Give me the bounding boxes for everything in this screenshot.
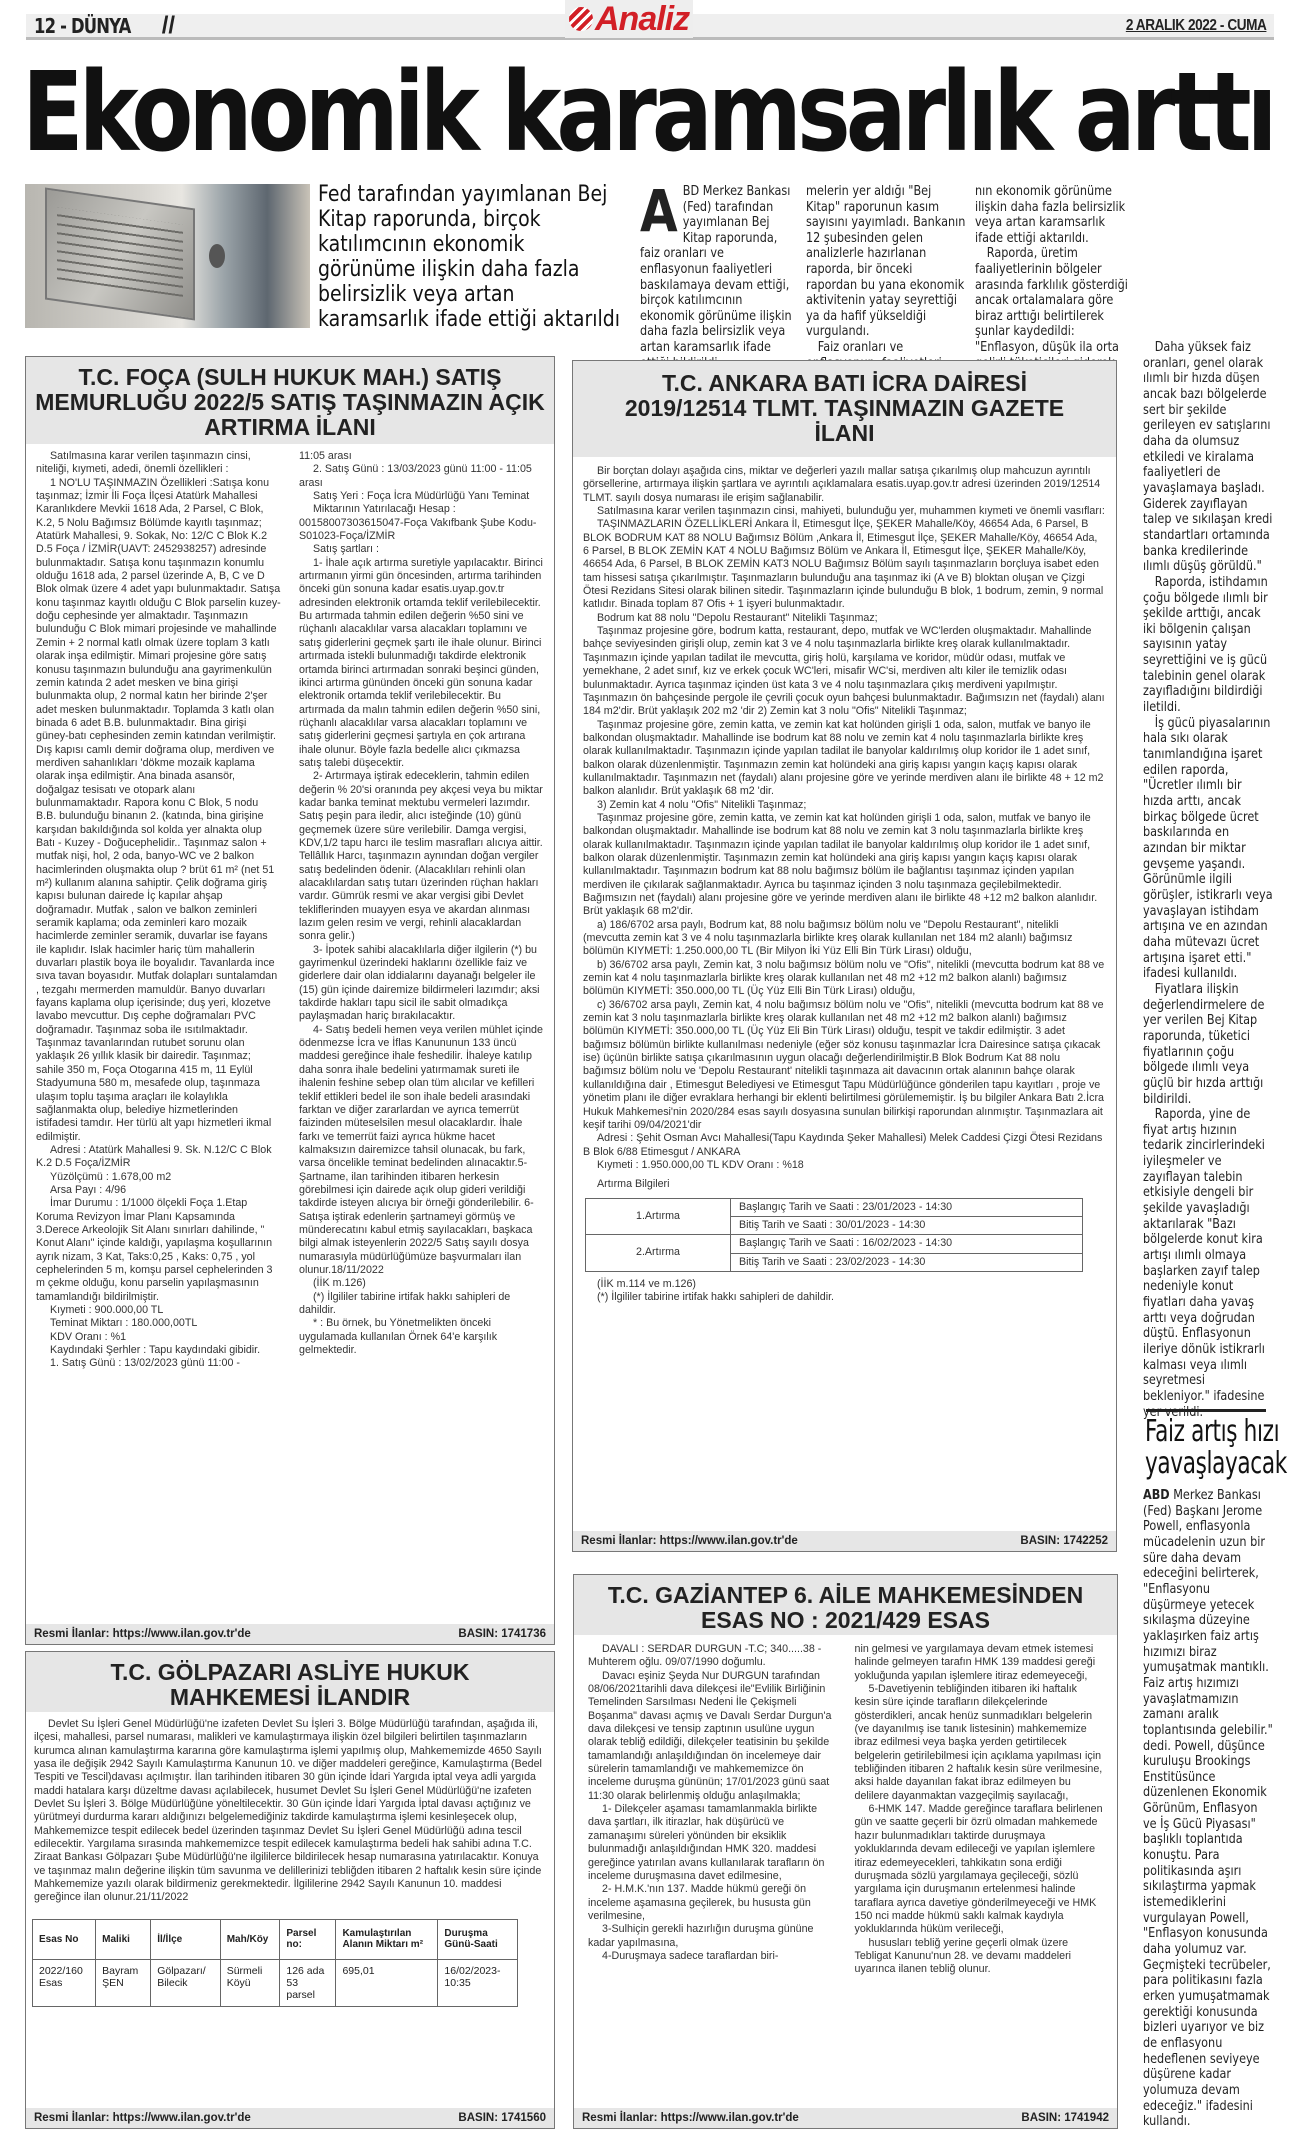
notice-paragraph: Kıymeti : 1.950.000,00 TL KDV Oranı : %1… [583,1159,1106,1172]
official-notices-link[interactable]: Resmi İlanlar: https://www.ilan.gov.tr'd… [34,1628,251,1640]
notice-paragraph: a) 186/6702 arsa paylı, Bodrum kat, 88 n… [583,919,1106,959]
main-headline: Ekonomik karamsarlık arttı [22,52,1055,172]
notice-paragraph: 11:05 arası [299,450,544,463]
auction-name: 2.Artırma [586,1235,731,1272]
logo-text: Analiz [595,0,689,39]
notice-paragraph: Satılmasına karar verilen taşınmazın cin… [583,505,1106,518]
section-divider [1146,1409,1266,1412]
notice-col-2: 11:05 arası 2. Satış Günü : 13/03/2023 g… [299,450,544,1371]
table-row: 1.Artırma Başlangıç Tarih ve Saati : 23/… [586,1198,1083,1216]
auction-label: Artırma Bilgileri [583,1178,1106,1191]
article-paragraph: nın ekonomik görünüme ilişkin daha fazla… [975,184,1135,246]
article-photo [25,184,310,328]
table-cell: 16/02/2023-10:35 [438,1959,518,2006]
issue-date: 2 ARALIK 2022 - CUMA [1125,17,1266,35]
article-deck: Fed tarafından yayımlanan Bej Kitap rapo… [318,182,623,332]
notice-paragraph: Kıymeti : 900.000,00 TL [36,1304,281,1317]
notice-paragraph: 1. Satış Günü : 13/02/2023 günü 11:00 - [36,1357,281,1370]
notice-paragraph: 3-Sulhiçin gerekli hazırlığın duruşma gü… [588,1923,837,1950]
sidebar-paragraph: İş gücü piyasalarının hala sıkı olarak t… [1143,716,1273,982]
lead-word: ABD [1143,1488,1170,1503]
article-sidebar: Daha yüksek faiz oranları, genel olarak … [1143,340,1273,1420]
press-number: BASIN: 1742252 [1020,1535,1108,1547]
notice-gaziantep: T.C. GAZİANTEP 6. AİLE MAHKEMESİNDEN ESA… [573,1574,1118,2129]
official-notices-link[interactable]: Resmi İlanlar: https://www.ilan.gov.tr'd… [582,2112,799,2124]
subhead: Faiz artış hızı yavaşlayacak [1145,1416,1282,1480]
notice-paragraph: İmar Durumu : 1/1000 ölçekli Foça 1.Etap… [36,1197,281,1304]
column-header: İl/İlçe [151,1919,220,1959]
logo-icon [569,7,593,31]
notice-footer: Resmi İlanlar: https://www.ilan.gov.tr'd… [26,2108,554,2128]
notice-paragraph: Bir borçtan dolayı aşağıda cins, miktar … [583,465,1106,505]
notice-paragraph: Adresi : Atatürk Mahallesi 9. Sk. N.12/C… [36,1144,281,1171]
table-cell: Sürmeli Köyü [220,1959,280,2006]
notice-paragraph: Kaydındaki Şerhler : Tapu kaydındaki gib… [36,1344,281,1357]
table-cell: Gölpazarı/ Bilecik [151,1959,220,2006]
notice-paragraph: 2. Satış Günü : 13/03/2023 günü 11:00 - … [299,463,544,490]
notice-paragraph: c) 36/6702 arsa paylı, Zemin kat, 4 nolu… [583,999,1106,1132]
notice-title: T.C. FOÇA (SULH HUKUK MAH.) SATIŞ MEMURL… [26,357,554,444]
press-number: BASIN: 1741560 [458,2112,546,2124]
notice-paragraph: 1- İhale açık artırma suretiyle yapılaca… [299,557,544,771]
notice-paragraph: Bodrum kat 88 nolu "Depolu Restaurant" N… [583,612,1106,625]
notice-title: T.C. GÖLPAZARI ASLİYE HUKUK MAHKEMESİ İL… [26,1652,554,1712]
notice-paragraph: DAVALI : SERDAR DURGUN -T.C; 340.....38 … [588,1643,837,1670]
notice-body: Satılmasına karar verilen taşınmazın cin… [26,444,554,1377]
notice-paragraph: 6-HMK 147. Madde gereğince taraflara bel… [855,1803,1104,1936]
plaque-image [45,187,195,320]
notice-paragraph: Adresi : Şehit Osman Avcı Mahallesi(Tapu… [583,1132,1106,1159]
notice-footer: Resmi İlanlar: https://www.ilan.gov.tr'd… [574,2108,1117,2128]
auction-table: 1.Artırma Başlangıç Tarih ve Saati : 23/… [585,1198,1083,1272]
column-header: Mah/Köy [220,1919,280,1959]
notice-paragraph: TAŞINMAZLARIN ÖZELLİKLERİ Ankara İl, Eti… [583,518,1106,611]
notice-note: (*) İlgililer tabirine irtifak hakkı sah… [583,1291,1106,1304]
notice-paragraph: 2- H.M.K.'nın 137. Madde hükmü gereği ön… [588,1883,837,1923]
subarticle-text: Merkez Bankası (Fed) Başkanı Jerome Powe… [1143,1488,1273,2129]
notice-paragraph: Taşınmaz projesine göre, zemin katta, ve… [583,812,1106,919]
expropriation-table: Esas No Maliki İl/İlçe Mah/Köy Parsel no… [32,1919,518,2007]
notice-paragraph: Teminat Miktarı : 180.000,00TL [36,1317,281,1330]
table-cell: 695,01 [336,1959,438,2006]
notice-paragraph: (İİK m.126) [299,1277,544,1290]
notice-col-2: nin gelmesi ve yargılamaya devam etmek i… [855,1643,1104,1977]
notice-paragraph: Miktarının Yatırılacağı Hesap : 00158007… [299,503,544,543]
sidebar-paragraph: Fiyatlara ilişkin değerlendirmelere de y… [1143,982,1273,1107]
dropcap: A [640,186,678,236]
notice-note: (İİK m.114 ve m.126) [583,1278,1106,1291]
auction-start: Başlangıç Tarih ve Saati : 16/02/2023 - … [731,1235,1083,1253]
notice-title: T.C. GAZİANTEP 6. AİLE MAHKEMESİNDEN ESA… [574,1575,1117,1635]
notice-body: DAVALI : SERDAR DURGUN -T.C; 340.....38 … [574,1635,1117,1985]
notice-body: Bir borçtan dolayı aşağıda cins, miktar … [573,457,1116,1313]
sidebar-paragraph: Daha yüksek faiz oranları, genel olarak … [1143,340,1273,575]
press-number: BASIN: 1741736 [458,1628,546,1640]
notice-golpazari: T.C. GÖLPAZARI ASLİYE HUKUK MAHKEMESİ İL… [25,1651,555,2129]
notice-footer: Resmi İlanlar: https://www.ilan.gov.tr'd… [26,1624,554,1644]
sidebar-paragraph: Raporda, istihdamın çoğu bölgede ılımlı … [1143,575,1273,716]
notice-paragraph: 1 NO'LU TAŞINMAZIN Özellikleri :Satışa k… [36,477,281,1144]
auction-name: 1.Artırma [586,1198,731,1235]
notice-ankara: T.C. ANKARA BATI İCRA DAİRESİ 2019/12514… [572,360,1117,1552]
sidebar-paragraph: Raporda, yine de fiyat artış hızının ted… [1143,1107,1273,1420]
notice-paragraph: KDV Oranı : %1 [36,1331,281,1344]
section-label: 12 - DÜNYA // [34,12,175,40]
column-header: Esas No [33,1919,96,1959]
notice-body: Devlet Su İşleri Genel Müdürlüğü'ne izaf… [26,1712,554,1911]
notice-paragraph: Arsa Payı : 4/96 [36,1184,281,1197]
notice-paragraph: 3) Zemin kat 4 nolu "Ofis" Nitelikli Taş… [583,799,1106,812]
notice-paragraph: nin gelmesi ve yargılamaya devam etmek i… [855,1643,1104,1683]
table-cell: 2022/160 Esas [33,1959,96,2006]
subarticle-paragraph: ABD Merkez Bankası (Fed) Başkanı Jerome … [1143,1488,1273,2130]
notice-paragraph: hususları tebliğ yerine geçerli olmak üz… [855,1937,1104,1977]
table-row: 2022/160 Esas Bayram ŞEN Gölpazarı/ Bile… [33,1959,518,2006]
notice-paragraph: * : Bu örnek, bu Yönetmelikten önceki uy… [299,1317,544,1357]
column-header: Kamulaştırılan Alanın Miktarı m² [336,1919,438,1959]
auction-start: Başlangıç Tarih ve Saati : 23/01/2023 - … [731,1198,1083,1216]
section-slashes: // [162,12,175,40]
press-number: BASIN: 1741942 [1021,2112,1109,2124]
notice-paragraph: 3- İpotek sahibi alacaklılarla diğer ilg… [299,944,544,1024]
column-header: Parsel no: [280,1919,336,1959]
article-paragraph: melerin yer aldığı "Bej Kitap" raporunun… [806,184,966,340]
section-name: 12 - DÜNYA [34,14,131,38]
official-notices-link[interactable]: Resmi İlanlar: https://www.ilan.gov.tr'd… [581,1535,798,1547]
notice-paragraph: Yüzölçümü : 1.678,00 m2 [36,1171,281,1184]
notice-paragraph: Taşınmaz projesine göre, bodrum katta, r… [583,625,1106,718]
notice-col-1: Satılmasına karar verilen taşınmazın cin… [36,450,281,1371]
column-header: Duruşma Günü-Saati [438,1919,518,1959]
column-header: Maliki [96,1919,151,1959]
official-notices-link[interactable]: Resmi İlanlar: https://www.ilan.gov.tr'd… [34,2112,251,2124]
notice-foca: T.C. FOÇA (SULH HUKUK MAH.) SATIŞ MEMURL… [25,356,555,1645]
subarticle-body: ABD Merkez Bankası (Fed) Başkanı Jerome … [1143,1488,1273,2130]
notice-paragraph: Satılmasına karar verilen taşınmazın cin… [36,450,281,477]
notice-paragraph: 1- Dilekçeler aşaması tamamlanmakla birl… [588,1803,837,1883]
notice-paragraph: 5-Davetiyenin tebliğinden itibaren iki h… [855,1683,1104,1803]
notice-col-1: DAVALI : SERDAR DURGUN -T.C; 340.....38 … [588,1643,837,1977]
notice-paragraph: b) 36/6702 arsa paylı, Zemin kat, 3 nolu… [583,959,1106,999]
auction-end: Bitiş Tarih ve Saati : 30/01/2023 - 14:3… [731,1216,1083,1234]
notice-paragraph: Satış Yeri : Foça İcra Müdürlüğü Yanı Te… [299,490,544,503]
notice-paragraph: 2- Artırmaya iştirak edeceklerin, tahmin… [299,770,544,943]
auction-end: Bitiş Tarih ve Saati : 23/02/2023 - 14:3… [731,1253,1083,1271]
notice-title: T.C. ANKARA BATI İCRA DAİRESİ 2019/12514… [573,361,1116,457]
notice-paragraph: 4- Satış bedeli hemen veya verilen mühle… [299,1024,544,1278]
notice-paragraph: Taşınmaz projesine göre, zemin katta, ve… [583,719,1106,799]
table-header-row: Esas No Maliki İl/İlçe Mah/Köy Parsel no… [33,1919,518,1959]
table-cell: Bayram ŞEN [96,1959,151,2006]
notice-paragraph: Davacı eşiniz Şeyda Nur DURGUN tarafında… [588,1670,837,1803]
table-cell: 126 ada 53 parsel [280,1959,336,2006]
table-row: 2.Artırma Başlangıç Tarih ve Saati : 16/… [586,1235,1083,1253]
notice-paragraph: (*) İlgililer tabirine irtifak hakkı sah… [299,1291,544,1318]
seal-image [209,244,225,268]
newspaper-logo: Analiz [565,0,693,38]
notice-footer: Resmi İlanlar: https://www.ilan.gov.tr'd… [573,1531,1116,1551]
notice-paragraph: 4-Duruşmaya sadece taraflardan biri- [588,1950,837,1963]
notice-paragraph: Satış şartları : [299,543,544,556]
notice-paragraph: Devlet Su İşleri Genel Müdürlüğü'ne izaf… [34,1718,546,1905]
